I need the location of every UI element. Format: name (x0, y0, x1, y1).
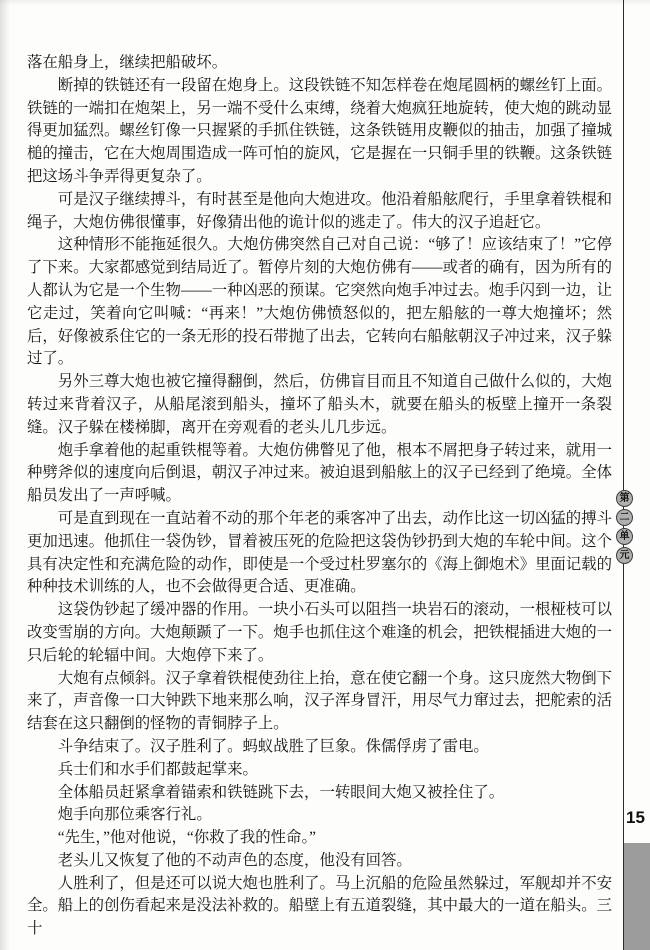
unit-marker-badge: 单 (616, 528, 633, 545)
paragraph: 全体船员赶紧拿着锚索和铁链跳下去，一转眼间大炮又被拴住了。 (27, 782, 612, 805)
page-edge-tab (624, 843, 650, 950)
paragraph: 炮手向那位乘客行礼。 (27, 804, 612, 827)
paragraph: 可是汉子继续搏斗，有时甚至是他向大炮进攻。他沿着船舷爬行，手里拿着铁棍和绳子，大… (27, 189, 612, 235)
paragraph: 炮手拿着他的起重铁棍等着。大炮仿佛瞥见了他，根本不屑把身子转过来，就用一种劈斧似… (27, 440, 612, 508)
paragraph: 兵士们和水手们都鼓起掌来。 (27, 759, 612, 782)
paragraph: “先生，”他对他说，“你救了我的性命。” (27, 827, 612, 850)
paragraph: 这袋伪钞起了缓冲器的作用。一块小石头可以阻挡一块岩石的滚动，一根桠枝可以改变雪崩… (27, 599, 612, 667)
scan-edge-shadow-top (0, 0, 650, 6)
paragraph: 落在船身上，继续把船破坏。 (27, 52, 612, 75)
unit-marker-badge: 元 (616, 547, 633, 564)
paragraph: 斗争结束了。汉子胜利了。蚂蚁战胜了巨象。侏儒俘虏了雷电。 (27, 736, 612, 759)
body-text-column: 落在船身上，继续把船破坏。 断掉的铁链还有一段留在炮身上。这段铁链不知怎样卷在炮… (27, 52, 612, 941)
paragraph: 老头儿又恢复了他的不动声色的态度，他没有回答。 (27, 850, 612, 873)
paragraph: 这种情形不能拖延很久。大炮仿佛突然自己对自己说：“够了！应该结束了！”它停了下来… (27, 234, 612, 371)
paragraph: 断掉的铁链还有一段留在炮身上。这段铁链不知怎样卷在炮尾圆柄的螺丝钉上面。铁链的一… (27, 75, 612, 189)
margin-rule (623, 0, 624, 950)
textbook-page: 落在船身上，继续把船破坏。 断掉的铁链还有一段留在炮身上。这段铁链不知怎样卷在炮… (0, 0, 650, 950)
paragraph: 人胜利了，但是还可以说大炮也胜利了。马上沉船的危险虽然躲过，军舰却并不安全。船上… (27, 873, 612, 941)
unit-marker-badge: 二 (616, 509, 633, 526)
page-number: 15 (626, 808, 645, 828)
paragraph: 可是直到现在一直站着不动的那个年老的乘客冲了出去，动作比这一切凶猛的搏斗更加迅速… (27, 508, 612, 599)
paragraph: 另外三尊大炮也被它撞得翻倒，然后，仿佛盲目而且不知道自己做什么似的，大炮转过来背… (27, 371, 612, 439)
scan-edge-shadow-left (0, 0, 10, 950)
paragraph: 大炮有点倾斜。汉子拿着铁棍使劲往上抬，意在使它翻一个身。这只庞然大物倒下来了，声… (27, 668, 612, 736)
unit-marker: 第 二 单 元 (616, 490, 633, 564)
unit-marker-badge: 第 (616, 490, 633, 507)
